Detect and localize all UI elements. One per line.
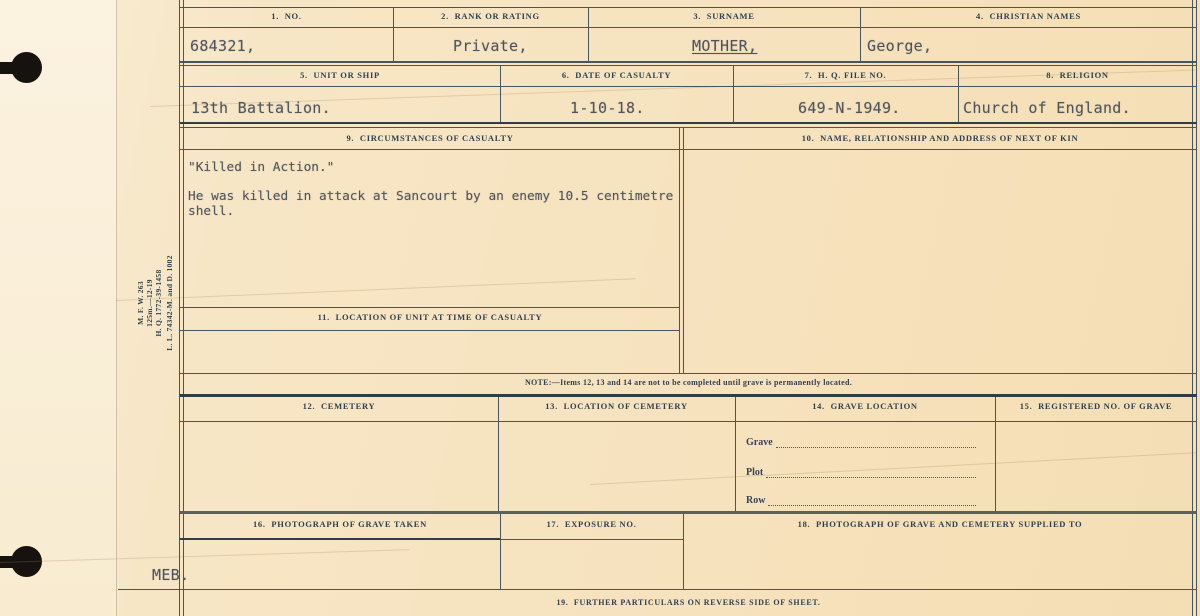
field-unit-value: 13th Battalion. — [191, 99, 331, 117]
circumstances-of-casualty-card: 1. NO. 2. RANK OR RATING 3. SURNAME 4. C… — [0, 0, 1200, 616]
field-hq-file-no-value: 649-N-1949. — [798, 99, 901, 117]
grave-entry-label: Grave — [746, 437, 773, 448]
grid-line — [180, 394, 1197, 397]
grid-line — [180, 330, 680, 331]
grid-line — [180, 373, 1197, 374]
field-surname-label: 3. SURNAME — [588, 11, 860, 21]
circumstances-line-1: "Killed in Action." — [188, 160, 334, 175]
grid-line — [180, 61, 1197, 63]
plot-entry-line: Plot — [746, 464, 976, 478]
field-no-value: 684321, — [190, 37, 255, 55]
grid-line — [180, 421, 1197, 422]
field-photo-supplied-label: 18. PHOTOGRAPH OF GRAVE AND CEMETERY SUP… — [683, 519, 1197, 529]
field-unit-label: 5. UNIT OR SHIP — [180, 70, 500, 80]
field-photo-taken-label: 16. PHOTOGRAPH OF GRAVE TAKEN — [180, 519, 500, 529]
grid-line — [180, 122, 1197, 124]
grid-line — [500, 539, 683, 540]
dotted-rule — [768, 505, 976, 506]
field-christian-names-label: 4. CHRISTIAN NAMES — [860, 11, 1197, 21]
grid-line — [180, 7, 1197, 8]
grid-line — [995, 397, 996, 511]
grid-line — [180, 538, 500, 540]
field-rank-label: 2. RANK OR RATING — [393, 11, 588, 21]
field-next-of-kin-label: 10. NAME, RELATIONSHIP AND ADDRESS OF NE… — [683, 133, 1197, 143]
field-registered-no-label: 15. REGISTERED NO. OF GRAVE — [995, 401, 1197, 411]
field-exposure-no-label: 17. EXPOSURE NO. — [500, 519, 683, 529]
plot-entry-label: Plot — [746, 467, 763, 478]
grid-line — [180, 511, 1197, 514]
field-date-of-casualty-value: 1-10-18. — [570, 99, 645, 117]
grave-entry-line: Grave — [746, 434, 976, 448]
row-entry-line: Row — [746, 492, 976, 506]
dotted-rule — [776, 447, 976, 448]
field-further-particulars-label: 19. FURTHER PARTICULARS ON REVERSE SIDE … — [180, 598, 1197, 607]
grid-line — [118, 589, 1197, 590]
field-no-label: 1. NO. — [180, 11, 393, 21]
form-code-line: L. L. 74342-M. and D. 1002 — [165, 250, 175, 356]
field-surname-value: MOTHER, — [692, 37, 757, 55]
field-hq-file-no-label: 7. H. Q. FILE NO. — [733, 70, 958, 80]
page-margin — [0, 0, 117, 616]
grid-line — [735, 397, 736, 511]
crease-line — [116, 278, 636, 301]
field-grave-location-label: 14. GRAVE LOCATION — [735, 401, 995, 411]
field-location-of-cemetery-label: 13. LOCATION OF CEMETERY — [498, 401, 735, 411]
field-location-of-unit-label: 11. LOCATION OF UNIT AT TIME OF CASUALTY — [180, 312, 680, 322]
grid-line — [180, 307, 680, 308]
note-text: NOTE:—Items 12, 13 and 14 are not to be … — [180, 378, 1197, 387]
grid-line — [498, 397, 499, 511]
grid-line — [683, 127, 684, 373]
row-entry-label: Row — [746, 495, 765, 506]
dotted-rule — [766, 477, 976, 478]
field-religion-label: 8. RELIGION — [958, 70, 1197, 80]
field-cemetery-label: 12. CEMETERY — [180, 401, 498, 411]
clerk-initials-stamp: MEB. — [152, 566, 189, 584]
grid-line — [180, 27, 1197, 28]
grid-line — [180, 127, 1197, 128]
field-rank-value: Private, — [453, 37, 528, 55]
grid-line — [679, 127, 680, 373]
grid-line — [180, 149, 1197, 150]
punch-hole-top-tail — [0, 62, 17, 74]
field-christian-names-value: George, — [867, 37, 932, 55]
grid-line — [180, 65, 1197, 66]
field-circumstances-label: 9. CIRCUMSTANCES OF CASUALTY — [180, 133, 680, 143]
form-code-line: H. Q. 1772-39-1458 — [154, 250, 164, 356]
field-date-of-casualty-label: 6. DATE OF CASUALTY — [500, 70, 733, 80]
grid-line — [180, 86, 1197, 87]
circumstances-line-2: He was killed in attack at Sancourt by a… — [188, 189, 673, 204]
field-religion-value: Church of England. — [963, 99, 1131, 117]
circumstances-line-3: shell. — [188, 204, 234, 219]
